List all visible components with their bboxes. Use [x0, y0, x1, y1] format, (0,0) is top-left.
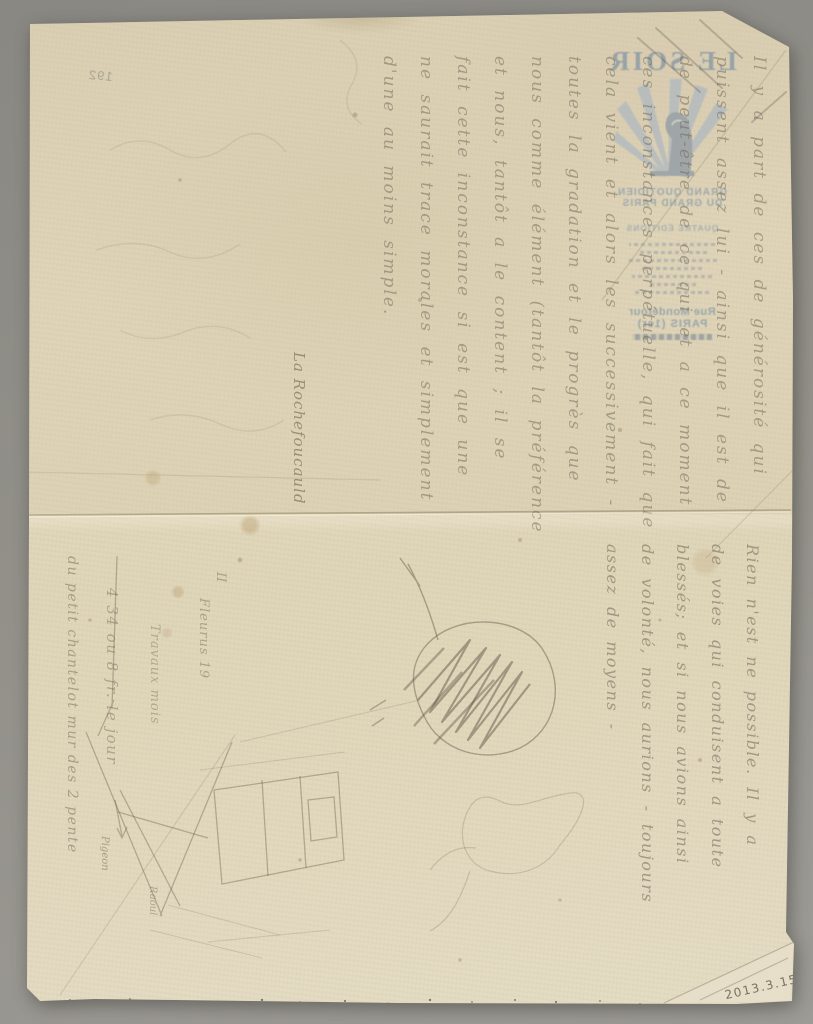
faint-figure-outline	[430, 793, 583, 931]
show-through-ghosts	[96, 40, 362, 431]
handwriting-line: Il y a part de ces de générosité qui	[740, 56, 777, 504]
handwriting-line: de volonté, nous aurions - toujours	[630, 544, 665, 810]
sketch-label-1: Pigeon	[99, 836, 110, 916]
handwriting-line: d'une au moins simple.	[370, 56, 407, 504]
handwriting-line: de voies qui conduisent a toute	[700, 544, 735, 810]
page-number-ghost: 192	[87, 67, 113, 84]
paper-speckles	[69, 998, 641, 1005]
quote-signature: La Rochefoucauld	[290, 352, 308, 512]
handwriting-line: cela vient et alors les successivement -	[592, 56, 629, 504]
handwriting-line: Rien n'est ne possible. Il y a	[735, 544, 770, 810]
scribble-circle	[370, 558, 555, 755]
handwriting-line: ne saurait trace morales et simplement	[407, 56, 444, 504]
handwritten-quote-block: Il y a part de ces de générosité quipuis…	[370, 56, 777, 504]
archival-photo-page: { "scene": { "description": "Aged folded…	[0, 0, 813, 1024]
handwriting-line: assez de moyens -	[595, 544, 630, 810]
handwriting-line: toutes la gradation et le progrès que	[555, 56, 592, 504]
letter-sheet: LE SOIR GRAND QUOTIDIEN DU GRAND PARIS	[0, 0, 813, 1024]
handwriting-line: puissent assez lui - ainsi que il est de	[703, 56, 740, 504]
handwriting-line: nous comme élément (tantôt la préférence	[518, 56, 555, 504]
annotation-column-a: du petit chantelot mur des 2 pente	[64, 556, 80, 942]
handwritten-note-block: Rien n'est ne possible. Il y ade voies q…	[595, 544, 770, 810]
sketch-label-2: Raoul	[147, 886, 158, 956]
paper-shadow-wrapper: LE SOIR GRAND QUOTIDIEN DU GRAND PARIS	[0, 0, 813, 1024]
handwriting-line: ces inconstances perpétuelle, qui fait q…	[629, 56, 666, 504]
annotation-column-c: Travaux mois	[147, 624, 162, 784]
annotation-column-d: Fleurus 19	[196, 598, 211, 718]
handwriting-line: et nous, tantôt a le content ; il se	[481, 56, 518, 504]
annotation-column-d-numeral: II	[213, 572, 228, 602]
handwriting-line: de peut-être de ce qui et a ce moment	[666, 56, 703, 504]
handwriting-line: fait cette inconstance si est que une	[444, 56, 481, 504]
handwriting-line: blessés; et si nous avions ainsi	[665, 544, 700, 810]
structure-sketch	[86, 556, 344, 916]
